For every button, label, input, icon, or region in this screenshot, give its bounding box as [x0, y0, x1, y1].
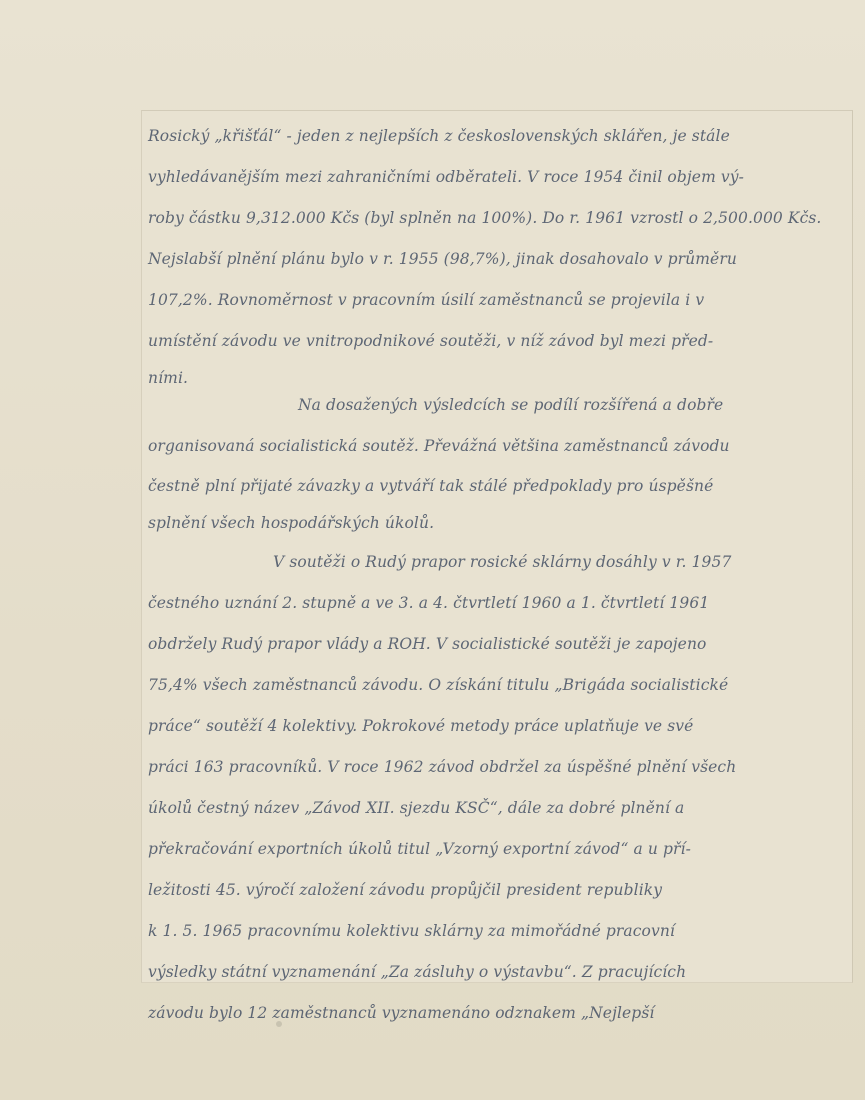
handwritten-sheet: Rosický „křišťál“ - jeden z nejlepších z… — [141, 110, 853, 983]
text-line: organisovaná socialistická soutěž. Převá… — [148, 437, 730, 455]
text-line: úkolů čestný název „Závod XII. sjezdu KS… — [148, 799, 684, 817]
text-line: V soutěži o Rudý prapor rosické sklárny … — [273, 553, 731, 571]
text-line: práce“ soutěží 4 kolektivy. Pokrokové me… — [148, 717, 693, 735]
text-line: roby částku 9,312.000 Kčs (byl splněn na… — [148, 209, 821, 227]
text-line: k 1. 5. 1965 pracovnímu kolektivu sklárn… — [148, 922, 675, 940]
text-line: závodu bylo 12 zaměstnanců vyznamenáno o… — [148, 1004, 654, 1022]
outer-page: Rosický „křišťál“ - jeden z nejlepších z… — [0, 0, 865, 1100]
text-line: ležitosti 45. výročí založení závodu pro… — [148, 881, 662, 899]
text-line: vyhledávanějším mezi zahraničními odběra… — [148, 168, 744, 186]
text-line: splnění všech hospodářských úkolů. — [148, 514, 434, 532]
text-line: čestně plní přijaté závazky a vytváří ta… — [148, 477, 713, 495]
text-line: čestného uznání 2. stupně a ve 3. a 4. č… — [148, 594, 709, 612]
text-line: práci 163 pracovníků. V roce 1962 závod … — [148, 758, 736, 776]
text-line: 75,4% všech zaměstnanců závodu. O získán… — [148, 676, 728, 694]
text-line: překračování exportních úkolů titul „Vzo… — [148, 840, 691, 858]
text-line: ními. — [148, 369, 188, 387]
text-line: obdržely Rudý prapor vlády a ROH. V soci… — [148, 635, 706, 653]
text-line: 107,2%. Rovnoměrnost v pracovním úsilí z… — [148, 291, 704, 309]
text-line: umístění závodu ve vnitropodnikové soutě… — [148, 332, 713, 350]
paper-stain — [276, 1021, 282, 1027]
text-line: Na dosažených výsledcích se podílí rozší… — [298, 396, 723, 414]
text-line: Rosický „křišťál“ - jeden z nejlepších z… — [148, 127, 730, 145]
text-line: Nejslabší plnění plánu bylo v r. 1955 (9… — [148, 250, 737, 268]
text-line: výsledky státní vyznamenání „Za zásluhy … — [148, 963, 686, 981]
